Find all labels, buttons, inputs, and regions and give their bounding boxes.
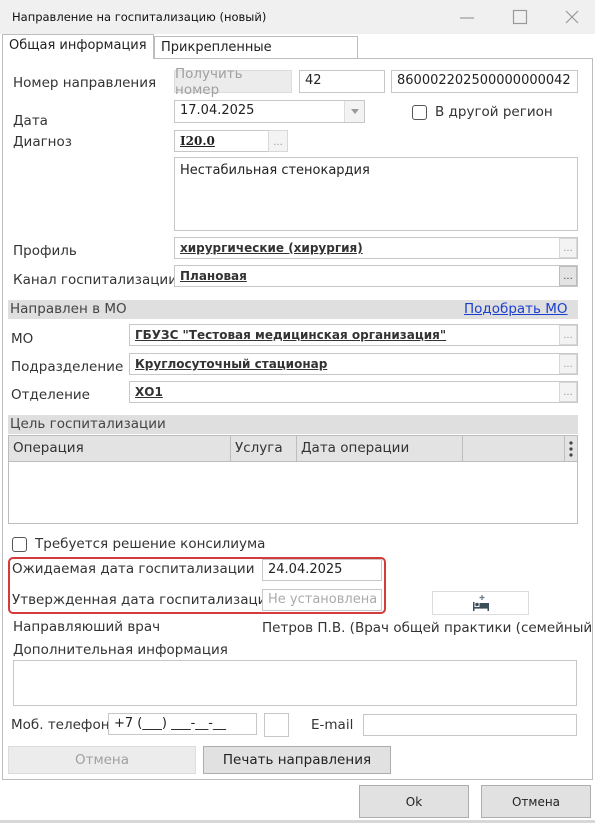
bed-assign-button[interactable] [432, 591, 529, 615]
department-field[interactable]: ХО1 [129, 381, 578, 403]
column-service[interactable]: Услуга [231, 436, 297, 461]
bed-add-icon [472, 595, 490, 611]
department-select-button[interactable]: ... [559, 382, 577, 402]
other-region-label: В другой регион [435, 104, 553, 120]
additional-info-label: Дополнительная информация [13, 642, 228, 658]
close-button[interactable] [557, 5, 587, 29]
purpose-grid-header: Операция Услуга Дата операции [8, 435, 578, 462]
doctor-label: Направляюший врач [13, 619, 160, 635]
column-extra [463, 436, 565, 461]
mo-section-title: Направлен в МО [10, 301, 127, 317]
window-title: Направление на госпитализацию (новый) [12, 10, 266, 24]
channel-label: Канал госпитализации [13, 272, 177, 288]
column-operation-date[interactable]: Дата операции [297, 436, 463, 461]
print-referral-button[interactable]: Печать направления [203, 746, 391, 774]
tab-attached-documents[interactable]: Прикрепленные документы [154, 36, 358, 59]
additional-info-field[interactable] [13, 660, 577, 706]
referral-number-field[interactable]: 42 [299, 70, 385, 93]
mo-label: МО [11, 331, 33, 347]
expected-date-label: Ожидаемая дата госпитализации [12, 561, 254, 577]
channel-select-button[interactable]: ... [559, 266, 577, 286]
date-dropdown-button[interactable] [344, 101, 364, 122]
pick-mo-link[interactable]: Подобрать МО [464, 301, 568, 317]
maximize-icon [512, 9, 528, 25]
referral-number-label: Номер направления [13, 75, 156, 91]
approved-date-label: Утвержденная дата госпитализации [12, 592, 275, 608]
tab-general-info[interactable]: Общая информация [2, 34, 154, 59]
consilium-checkbox[interactable] [12, 537, 27, 552]
mo-select-button[interactable]: ... [559, 325, 577, 345]
approved-date-field[interactable]: Не установлена [262, 589, 382, 611]
phone-extra-field[interactable] [264, 713, 289, 737]
close-icon [564, 9, 580, 25]
column-operation[interactable]: Операция [9, 436, 231, 461]
phone-label: Моб. телефон [11, 717, 110, 733]
grid-menu-button[interactable] [565, 436, 577, 461]
email-label: E-mail [311, 717, 353, 733]
profile-field[interactable]: хирургические (хирургия) [174, 237, 578, 259]
subdivision-field[interactable]: Круглосуточный стационар [129, 353, 578, 375]
profile-label: Профиль [13, 243, 77, 259]
doctor-value: Петров П.В. (Врач общей практики (семейн… [262, 620, 595, 636]
vertical-dots-icon [569, 440, 573, 458]
email-field[interactable] [363, 714, 577, 736]
expected-date-field[interactable]: 24.04.2025 [262, 559, 382, 581]
panel-cancel-button[interactable]: Отмена [8, 746, 196, 774]
channel-field[interactable]: Плановая [174, 265, 578, 287]
diagnosis-label: Диагноз [13, 134, 72, 150]
diagnosis-code-field[interactable]: I20.0 [174, 130, 269, 152]
profile-select-button[interactable]: ... [559, 238, 577, 258]
purpose-section-title: Цель госпитализации [10, 416, 166, 432]
chevron-down-icon [351, 109, 359, 114]
diagnosis-select-button[interactable]: ... [268, 130, 288, 152]
phone-field[interactable]: +7 (___) ___-__-__ [108, 713, 257, 735]
subdivision-label: Подразделение [11, 359, 123, 375]
department-label: Отделение [11, 387, 90, 403]
minimize-icon [459, 9, 475, 25]
get-number-button[interactable]: Получить номер [174, 70, 292, 93]
ok-button[interactable]: Ok [359, 785, 469, 818]
referral-full-number-field[interactable]: 860002202500000000042 [391, 70, 578, 93]
date-field[interactable]: 17.04.2025 [174, 100, 365, 123]
other-region-checkbox[interactable] [412, 105, 427, 120]
subdivision-select-button[interactable]: ... [559, 354, 577, 374]
maximize-button[interactable] [505, 5, 535, 29]
minimize-button[interactable] [452, 5, 482, 29]
consilium-label: Требуется решение консилиума [35, 536, 265, 552]
date-value: 17.04.2025 [180, 103, 254, 118]
purpose-section-header: Цель госпитализации [8, 415, 578, 434]
cancel-button[interactable]: Отмена [481, 785, 591, 818]
date-label: Дата [13, 113, 48, 129]
mo-field[interactable]: ГБУЗС "Тестовая медицинская организация" [129, 324, 578, 346]
diagnosis-text-area[interactable]: Нестабильная стенокардия [174, 157, 578, 231]
purpose-grid-body [8, 462, 578, 524]
